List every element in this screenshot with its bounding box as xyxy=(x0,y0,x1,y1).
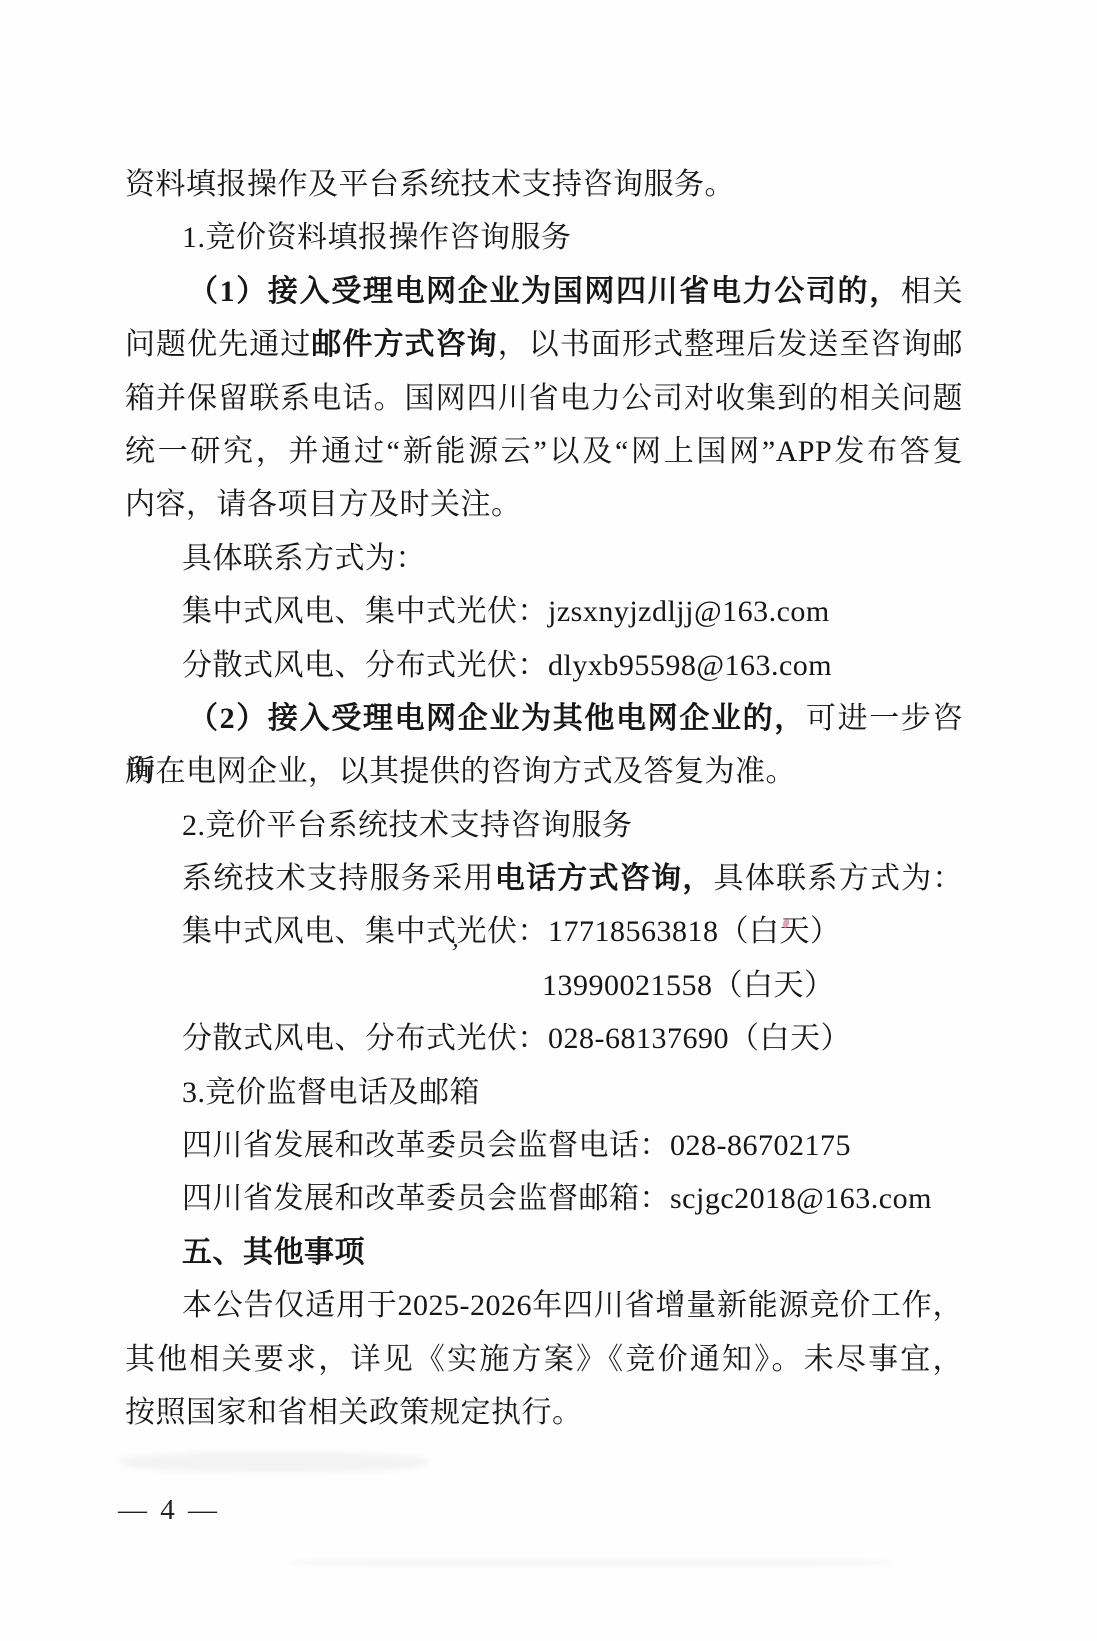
text: ，以书面形式整理后发送至咨询邮 xyxy=(498,328,963,361)
text: 分散式风电、分布式光伏：dlyxb95598@163.com xyxy=(182,649,832,682)
text: 本公告仅适用于2025-2026年四川省增量新能源竞价工作， xyxy=(182,1289,963,1322)
line-10-email-distributed: 分散式风电、分布式光伏：dlyxb95598@163.com xyxy=(125,639,963,692)
text: 具体联系方式为： xyxy=(182,542,426,575)
line-13-heading-2: 2.竞价平台系统技术支持咨询服务 xyxy=(125,799,963,852)
text: 箱并保留联系电话。国网四川省电力公司对收集到的相关问题 xyxy=(125,382,963,415)
line-03: （1）接入受理电网企业为国网四川省电力公司的，相关 xyxy=(125,265,963,318)
page-number: — 4 — xyxy=(118,1490,220,1530)
text: 问题优先通过 xyxy=(125,328,311,361)
text: 13990021558（白天） xyxy=(542,969,835,1002)
line-18-heading-3: 3.竞价监督电话及邮箱 xyxy=(125,1066,963,1119)
line-24: 按照国家和省相关政策规定执行。 xyxy=(125,1386,963,1439)
text: 四川省发展和改革委员会监督电话：028-86702175 xyxy=(182,1129,851,1162)
text: 统一研究，并通过“新能源云”以及“网上国网”APP发布答复 xyxy=(125,435,963,468)
text: 1.竞价资料填报操作咨询服务 xyxy=(182,221,572,254)
bold-text: 邮件方式咨询 xyxy=(311,328,497,361)
line-21-section-heading: 五、其他事项 xyxy=(125,1226,963,1279)
bold-text: （1）接入受理电网企业为国网四川省电力公司的， xyxy=(188,275,901,308)
bold-text: （2）接入受理电网企业为其他电网企业的， xyxy=(188,702,806,735)
line-14: 系统技术支持服务采用电话方式咨询，具体联系方式为： xyxy=(125,852,963,905)
text: 其他相关要求，详见《实施方案》《竞价通知》。未尽事宜， xyxy=(125,1343,963,1376)
document-lines: 资料填报操作及平台系统技术支持咨询服务。1.竞价资料填报操作咨询服务（1）接入受… xyxy=(125,158,963,1439)
line-16-phone-centralized-2: 13990021558（白天） xyxy=(125,959,963,1012)
line-02-heading-1: 1.竞价资料填报操作咨询服务 xyxy=(125,211,963,264)
text: 四川省发展和改革委员会监督邮箱：scjgc2018@163.com xyxy=(182,1182,932,1215)
line-23: 其他相关要求，详见《实施方案》《竞价通知》。未尽事宜， xyxy=(125,1333,963,1386)
line-01: 资料填报操作及平台系统技术支持咨询服务。 xyxy=(125,158,963,211)
bold-text: 五、其他事项 xyxy=(182,1236,365,1269)
document-page: 资料填报操作及平台系统技术支持咨询服务。1.竞价资料填报操作咨询服务（1）接入受… xyxy=(0,0,1097,1641)
line-15-phone-centralized: 集中式风电、集中式光伏：17718563818（白天） xyxy=(125,905,963,958)
text: 资料填报操作及平台系统技术支持咨询服务。 xyxy=(125,168,735,201)
line-07: 内容，请各项目方及时关注。 xyxy=(125,478,963,531)
line-17-phone-distributed: 分散式风电、分布式光伏：028-68137690（白天） xyxy=(125,1012,963,1065)
text: 具体联系方式为： xyxy=(714,862,963,895)
text: 内容，请各项目方及时关注。 xyxy=(125,488,522,521)
scan-artifact-smudge xyxy=(290,1560,890,1566)
line-05: 箱并保留联系电话。国网四川省电力公司对收集到的相关问题 xyxy=(125,372,963,425)
line-08: 具体联系方式为： xyxy=(125,532,963,585)
text: 相关 xyxy=(901,275,963,308)
line-09-email-centralized: 集中式风电、集中式光伏：jzsxnyjzdljj@163.com xyxy=(125,585,963,638)
text: 集中式风电、集中式光伏：17718563818（白天） xyxy=(182,915,841,948)
line-19-supervision-phone: 四川省发展和改革委员会监督电话：028-86702175 xyxy=(125,1119,963,1172)
scan-artifact-smudge xyxy=(120,1452,430,1472)
line-22: 本公告仅适用于2025-2026年四川省增量新能源竞价工作， xyxy=(125,1279,963,1332)
text: 集中式风电、集中式光伏：jzsxnyjzdljj@163.com xyxy=(182,595,830,628)
line-20-supervision-email: 四川省发展和改革委员会监督邮箱：scjgc2018@163.com xyxy=(125,1172,963,1225)
line-06: 统一研究，并通过“新能源云”以及“网上国网”APP发布答复 xyxy=(125,425,963,478)
text: 分散式风电、分布式光伏：028-68137690（白天） xyxy=(182,1022,851,1055)
line-12: 所在电网企业，以其提供的咨询方式及答复为准。 xyxy=(125,745,963,798)
line-04: 问题优先通过邮件方式咨询，以书面形式整理后发送至咨询邮 xyxy=(125,318,963,371)
text: 所在电网企业，以其提供的咨询方式及答复为准。 xyxy=(125,755,796,788)
bold-text: 电话方式咨询， xyxy=(495,862,714,895)
text: 2.竞价平台系统技术支持咨询服务 xyxy=(182,809,633,842)
text: 系统技术支持服务采用 xyxy=(182,862,495,895)
line-11: （2）接入受理电网企业为其他电网企业的，可进一步咨询 xyxy=(125,692,963,745)
text: 按照国家和省相关政策规定执行。 xyxy=(125,1396,583,1429)
text: 3.竞价监督电话及邮箱 xyxy=(182,1076,480,1109)
